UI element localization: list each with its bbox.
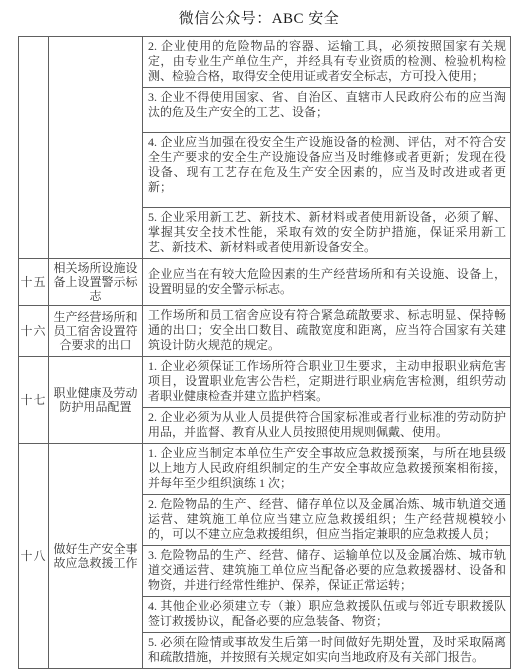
row-category-cell: 相关场所设施设备上设置警示标志 [49,259,143,306]
content-cell: 工作场所和员工宿舍应设有符合紧急疏散要求、标志明显、保持畅通的出口；安全出口数目… [143,306,511,357]
row-category-cell [49,37,143,259]
content-cell: 4. 企业应当加强在役安全生产设施设备的检测、评估，对不符合安全生产要求的安全生… [143,133,511,208]
document-body: 微信公众号：ABC 安全 2. 企业使用的危险物品的容器、运输工具，必须按照国家… [0,0,518,669]
table-row: 十六 生产经营场所和员工宿舍设置符合要求的出口 工作场所和员工宿舍应设有符合紧急… [19,306,511,357]
table-row: 十七 职业健康及劳动防护用品配置 1. 企业必须保证工作场所符合职业卫生要求，主… [19,357,511,408]
table-row: 十五 相关场所设施设备上设置警示标志 企业应当在有较大危险因素的生产经营场所和有… [19,259,511,306]
row-number-cell [19,37,49,259]
row-category-cell: 生产经营场所和员工宿舍设置符合要求的出口 [49,306,143,357]
content-cell: 2. 危险物品的生产、经营、储存单位以及金属冶炼、城市轨道交通运营、建筑施工单位… [143,495,511,546]
content-cell: 2. 企业使用的危险物品的容器、运输工具，必须按照国家有关规定，由专业生产单位生… [143,37,511,88]
row-number-cell: 十七 [19,357,49,444]
table-row: 十八 做好生产安全事故应急救援工作 1. 企业应当制定本单位生产安全事故应急救援… [19,444,511,495]
row-number-cell: 十八 [19,444,49,669]
content-cell: 3. 危险物品的生产、经营、储存、运输单位以及金属冶炼、城市轨道交通运营、建筑施… [143,546,511,597]
content-cell: 3. 企业不得使用国家、省、自治区、直辖市人民政府公布的应当淘汰的危及生产安全的… [143,88,511,133]
content-cell: 2. 企业必须为从业人员提供符合国家标准或者行业标准的劳动防护用品，并监督、教育… [143,408,511,444]
page-title: 微信公众号：ABC 安全 [0,7,518,28]
row-category-cell: 做好生产安全事故应急救援工作 [49,444,143,669]
content-cell: 4. 其他企业必须建立专（兼）职应急救援队伍或与邻近专职救援队签订救援协议，配备… [143,597,511,633]
content-cell: 1. 企业必须保证工作场所符合职业卫生要求，主动申报职业病危害项目，设置职业危害… [143,357,511,408]
row-number-cell: 十五 [19,259,49,306]
regulation-table: 2. 企业使用的危险物品的容器、运输工具，必须按照国家有关规定，由专业生产单位生… [18,36,511,669]
row-number-cell: 十六 [19,306,49,357]
content-cell: 企业应当在有较大危险因素的生产经营场所和有关设施、设备上，设置明显的安全警示标志… [143,259,511,306]
content-cell: 5. 必须在险情或事故发生后第一时间做好先期处置，及时采取隔离和疏散措施，并按照… [143,633,511,669]
content-cell: 5. 企业采用新工艺、新技术、新材料或者使用新设备，必须了解、掌握其安全技术性能… [143,208,511,259]
table-row: 2. 企业使用的危险物品的容器、运输工具，必须按照国家有关规定，由专业生产单位生… [19,37,511,88]
row-category-cell: 职业健康及劳动防护用品配置 [49,357,143,444]
document-page: { "page": { "title": "微信公众号：ABC 安全" }, "… [0,0,518,669]
content-cell: 1. 企业应当制定本单位生产安全事故应急救援预案，与所在地县级以上地方人民政府组… [143,444,511,495]
